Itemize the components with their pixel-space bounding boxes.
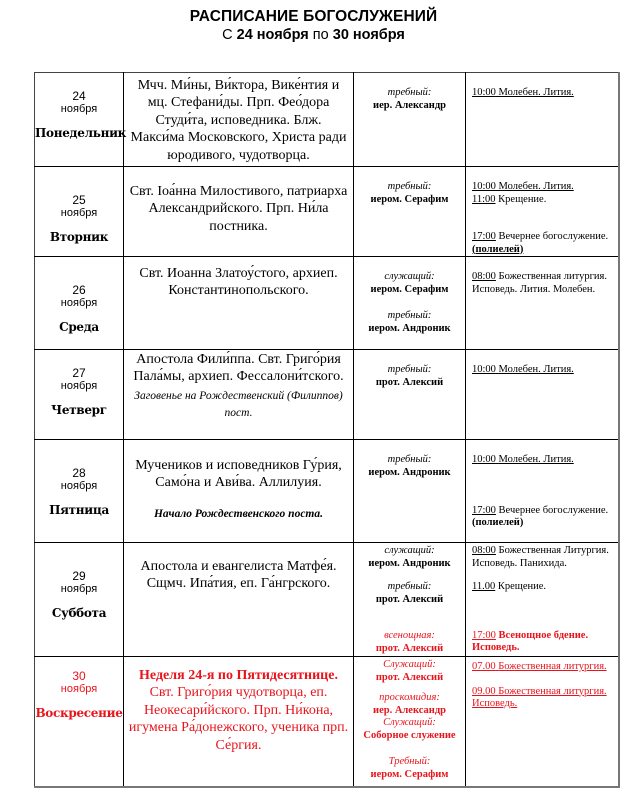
clergy-role: требный: [354,364,465,377]
services-cell: 10:00 Молебен. Лития. [466,73,620,167]
saints-text: Свт. Ioа́нна Милостивого, патриарха Алек… [124,167,353,237]
clergy-role: требный: [354,310,465,323]
clergy-name: прот. Алексий [354,594,465,607]
table-row: 26 ноября Среда Свт. Иоанна Златоу́стого… [35,257,620,350]
day-number: 24 [35,89,123,103]
date-from: 24 ноября [237,27,309,43]
weekday: Четверг [35,403,123,417]
day-number: 28 [35,466,123,480]
table-row: 29 ноября Суббота Апостола и евангелиста… [35,543,620,657]
weekday: Понедельник [35,126,123,140]
clergy-role: требный: [354,581,465,594]
day-number: 29 [35,569,123,583]
clergy-role: требный: [354,454,465,467]
saints-cell: Мчч. Ми́ны, Ви́ктора, Вике́нтия и мц. Ст… [124,73,354,167]
date-range: С 24 ноября по 30 ноября [0,27,627,43]
date-cell: 27 ноября Четверг [35,350,124,440]
service-item: 17:00 Всенощное бдение. Исповедь. [472,630,614,655]
saints-note: Заговенье на Рождественский (Филиппов) п… [124,388,353,422]
date-cell: 28 ноября Пятница [35,440,124,543]
service-extra: (полиелей) [472,244,614,257]
day-number: 26 [35,283,123,297]
weekday: Пятница [35,503,123,517]
saints-text: Свт. Григо́рия чудотворца, еп. Неокесари… [128,684,349,754]
date-cell: 26 ноября Среда [35,257,124,350]
saints-text: Свт. Иоанна Златоу́стого, архиеп. Конста… [124,257,353,302]
month: ноября [35,207,123,220]
clergy-role: Служащий: [354,717,465,730]
table-row: 28 ноября Пятница Мучеников и исповедник… [35,440,620,543]
clergy-name: иером. Серафим [354,194,465,207]
services-cell: 10:00 Молебен. Лития. 11:00 Крещение. 17… [466,167,620,257]
clergy-cell: требный:прот. Алексий [354,350,466,440]
clergy-cell: служащий:иером. Андроник требный:прот. А… [354,543,466,657]
services-cell: 10:00 Молебен. Лития. [466,350,620,440]
date-cell: 24 ноября Понедельник [35,73,124,167]
date-cell: 30 ноября Воскресение [35,657,124,787]
service-item: 10:00 Молебен. Лития. [472,87,614,100]
service-item: 09.00 Божественная литургия. Исповедь. [472,686,614,711]
saints-cell: Апостола Фили́ппа. Свт. Григо́рия Пала́м… [124,350,354,440]
services-cell: 10:00 Молебен. Лития. 17:00 Вечернее бог… [466,440,620,543]
service-item: 17:00 Вечернее богослужение. [472,231,614,244]
table-row: 27 ноября Четверг Апостола Фили́ппа. Свт… [35,350,620,440]
subtitle-mid: по [313,27,329,43]
table-row: 24 ноября Понедельник Мчч. Ми́ны, Ви́кто… [35,73,620,167]
service-item: 08:00 Божественная литургия. Исповедь. Л… [472,271,614,296]
clergy-cell: требный:иером. Серафим [354,167,466,257]
service-item: 08:00 Божественная Литургия. Исповедь. П… [472,545,614,570]
service-extra: (полиелей) [472,517,614,530]
saints-text: Мчч. Ми́ны, Ви́ктора, Вике́нтия и мц. Ст… [124,73,353,166]
clergy-role: требный: [354,181,465,194]
service-item: 10:00 Молебен. Лития. [472,454,614,467]
services-cell: 07.00 Божественная литургия. 09.00 Божес… [466,657,620,787]
table-row: 30 ноября Воскресение Неделя 24-я по Пят… [35,657,620,787]
services-cell: 08:00 Божественная Литургия. Исповедь. П… [466,543,620,657]
saints-cell: Свт. Ioа́нна Милостивого, патриарха Алек… [124,167,354,257]
day-number: 25 [35,193,123,207]
service-item: 17:00 Вечернее богослужение. [472,505,614,518]
clergy-name: прот. Алексий [354,377,465,390]
clergy-name: иером. Андроник [354,558,465,571]
weekday: Вторник [35,230,123,244]
date-to: 30 ноября [333,27,405,43]
clergy-name: иер. Александр [354,100,465,113]
clergy-role: служащий: [354,545,465,558]
month: ноября [35,583,123,596]
weekday: Воскресение [35,706,123,720]
services-cell: 08:00 Божественная литургия. Исповедь. Л… [466,257,620,350]
saints-note: Начало Рождественского поста. [124,508,353,520]
clergy-role: Служащий: [354,659,465,672]
clergy-cell: требный:иер. Александр [354,73,466,167]
subtitle-prefix: С [222,27,232,43]
month: ноября [35,480,123,493]
clergy-name: прот. Алексий [354,643,465,656]
clergy-role: служащий: [354,271,465,284]
weekday: Суббота [35,606,123,620]
schedule-table: 24 ноября Понедельник Мчч. Ми́ны, Ви́кто… [34,72,620,788]
clergy-cell: требный:иером. Андроник [354,440,466,543]
clergy-role: требный: [354,87,465,100]
clergy-name: иером. Андроник [354,323,465,336]
clergy-name: прот. Алексий [354,672,465,685]
month: ноября [35,380,123,393]
weekday: Среда [35,320,123,334]
saints-cell: Свт. Иоанна Златоу́стого, архиеп. Конста… [124,257,354,350]
date-cell: 25 ноября Вторник [35,167,124,257]
clergy-name: иер. Александр [354,705,465,718]
service-item: 10:00 Молебен. Лития. [472,364,614,377]
day-number: 30 [35,669,123,683]
service-item: 07.00 Божественная литургия. [472,661,614,674]
clergy-name: иером. Андроник [354,467,465,480]
clergy-name: иером. Серафим [354,284,465,297]
saints-cell: Мучеников и исповедников Гу́рия, Само́на… [124,440,354,543]
month: ноября [35,103,123,116]
saints-cell: Неделя 24-я по Пятидесятнице. Свт. Григо… [124,657,354,787]
service-item: 11:00 Крещение. [472,194,614,207]
saints-text: Апостола и евангелиста Матфе́я. Сщмч. Ип… [124,543,353,595]
service-item: 11.00 Крещение. [472,581,614,594]
clergy-role: Требный: [354,756,465,769]
clergy-role: всенощная: [354,630,465,643]
saints-cell: Апостола и евангелиста Матфе́я. Сщмч. Ип… [124,543,354,657]
service-item: 10:00 Молебен. Лития. [472,181,614,194]
page-title: РАСПИСАНИЕ БОГОСЛУЖЕНИЙ [0,8,627,26]
clergy-role: проскомидия: [354,692,465,705]
clergy-cell: служащий:иером. Серафим требный:иером. А… [354,257,466,350]
clergy-name: иером. Серафим [354,769,465,782]
feast-title: Неделя 24-я по Пятидесятнице. [128,667,349,684]
day-number: 27 [35,366,123,380]
table-row: 25 ноября Вторник Свт. Ioа́нна Милостиво… [35,167,620,257]
saints-text: Апостола Фили́ппа. Свт. Григо́рия Пала́м… [124,350,353,388]
date-cell: 29 ноября Суббота [35,543,124,657]
clergy-name: Соборное служение [354,730,465,743]
month: ноября [35,297,123,310]
clergy-cell: Служащий:прот. Алексий проскомидия:иер. … [354,657,466,787]
month: ноября [35,683,123,696]
saints-text: Мучеников и исповедников Гу́рия, Само́на… [124,440,353,494]
